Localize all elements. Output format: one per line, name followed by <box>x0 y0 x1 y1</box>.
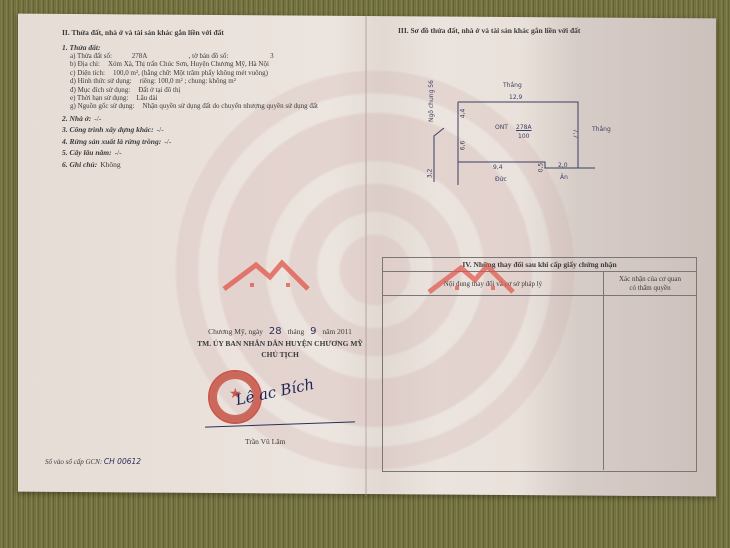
dim-bottom-step: 0,5 <box>537 163 544 173</box>
house-watermark-icon <box>220 255 310 295</box>
land-heading: 1. Thửa đất: <box>62 43 362 52</box>
land-row-parcel: a) Thửa đất số: 278A , tờ bản đồ số: 3 <box>70 52 362 60</box>
land-row-usage-form: d) Hình thức sử dụng:riêng: 100,0 m² ; c… <box>70 77 362 85</box>
column-authority-confirmation: Xác nhận của cơ quan có thẩm quyền <box>604 272 696 295</box>
dim-right: 7,7 <box>571 129 578 139</box>
neighbor-bottom-right: Ân <box>560 174 568 181</box>
land-row-address: b) Địa chỉ:Xóm Xà, Thị trấn Chúc Sơn, Hu… <box>70 60 362 68</box>
land-row-purpose: đ) Mục đích sử dụng:Đất ở tại đô thị <box>70 86 362 94</box>
item-notes: 6. Ghi chú:Không <box>62 159 362 171</box>
neighbor-right: Thắng <box>592 126 611 133</box>
land-row-area: c) Diện tích:100,0 m², (bằng chữ: Một tr… <box>70 69 362 77</box>
signer-name: Trần Vũ Lâm <box>245 437 285 446</box>
section-ii-title: II. Thửa đất, nhà ở và tài sản khác gắn … <box>62 28 362 37</box>
dim-left-upper: 4,4 <box>459 109 466 119</box>
signer-title: CHỦ TỊCH <box>160 350 400 359</box>
dim-top: 12,9 <box>509 94 522 101</box>
neighbor-left-alley: Ngõ chung 56 <box>428 62 435 122</box>
neighbor-bottom-left: Đức <box>495 176 507 183</box>
parcel-number: 278A <box>516 124 532 131</box>
land-code: ONT <box>495 124 508 131</box>
dim-left-lower: 6,6 <box>459 141 466 151</box>
land-row-term: e) Thời hạn sử dụng:Lâu dài <box>70 94 362 102</box>
signature-block: Chương Mỹ, ngày 28 tháng 9 năm 2011 TM. … <box>160 326 400 359</box>
item-planted-forest: 4. Rừng sản xuất là rừng trồng:-/- <box>62 136 362 148</box>
certificate-number: Số vào sổ cấp GCN: CH 00612 <box>45 457 141 466</box>
dim-bottom-left: 9,4 <box>493 164 503 171</box>
parcel-area: 100 <box>518 133 529 140</box>
left-page: II. Thửa đất, nhà ở và tài sản khác gắn … <box>62 28 362 170</box>
right-page: III. Sơ đồ thửa đất, nhà ở và tài sản kh… <box>398 26 708 41</box>
changes-body-row <box>383 296 696 470</box>
item-other-construction: 3. Công trình xây dựng khác:-/- <box>62 124 362 136</box>
change-content-cell <box>383 296 604 470</box>
authority-confirmation-cell <box>604 296 696 470</box>
issuing-authority: TM. ỦY BAN NHÂN DÂN HUYỆN CHƯƠNG MỸ <box>160 339 400 348</box>
section-iii-title: III. Sơ đồ thửa đất, nhà ở và tài sản kh… <box>398 26 708 35</box>
item-house: 2. Nhà ở:-/- <box>62 113 362 125</box>
land-plot-sketch: Thắng 12,9 ONT 278A 100 Thắng 7,7 4,4 6,… <box>420 70 620 190</box>
item-perennial-trees: 5. Cây lâu năm:-/- <box>62 147 362 159</box>
issue-date: Chương Mỹ, ngày 28 tháng 9 năm 2011 <box>160 326 400 337</box>
page-fold <box>365 16 367 496</box>
house-watermark-icon-right <box>425 258 515 298</box>
dim-alley: 3,2 <box>426 169 433 179</box>
neighbor-top: Thắng <box>503 82 522 89</box>
land-row-origin: g) Nguồn gốc sử dụng:Nhận quyền sử dụng … <box>70 102 362 110</box>
dim-bottom-right: 2,0 <box>558 162 568 169</box>
